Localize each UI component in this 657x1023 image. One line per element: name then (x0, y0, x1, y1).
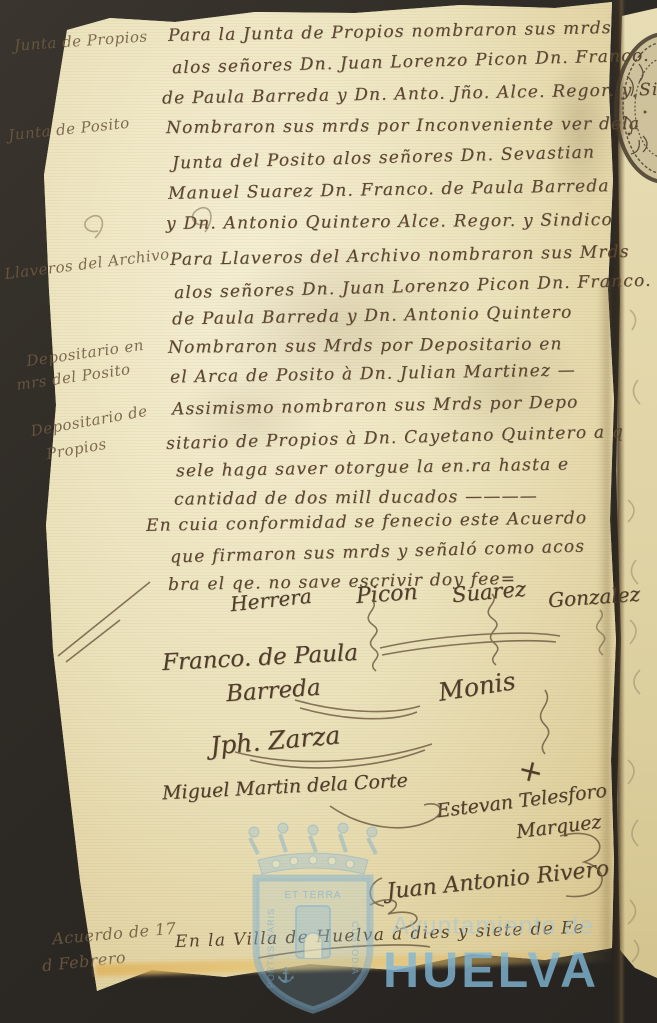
body-line: y Dn. Antonio Quintero Alce. Regor. y Si… (166, 210, 613, 234)
body-line: Nombraron sus mrds por Inconveniente ver… (166, 114, 640, 138)
body-line: cantidad de dos mill ducados ———— (174, 486, 538, 509)
scanned-manuscript-page: Junta de Propios Junta de Posito Llavero… (0, 0, 657, 1023)
page-fold-shadow (613, 0, 625, 1023)
paper-crease (598, 280, 610, 950)
signature: Picon (355, 580, 418, 609)
watermark-org-prefix: Ayuntamiento de (392, 912, 632, 941)
watermark-org-name: HUELVA (383, 941, 643, 999)
body-line: Nombraron sus Mrds por Depositario en (168, 334, 563, 357)
